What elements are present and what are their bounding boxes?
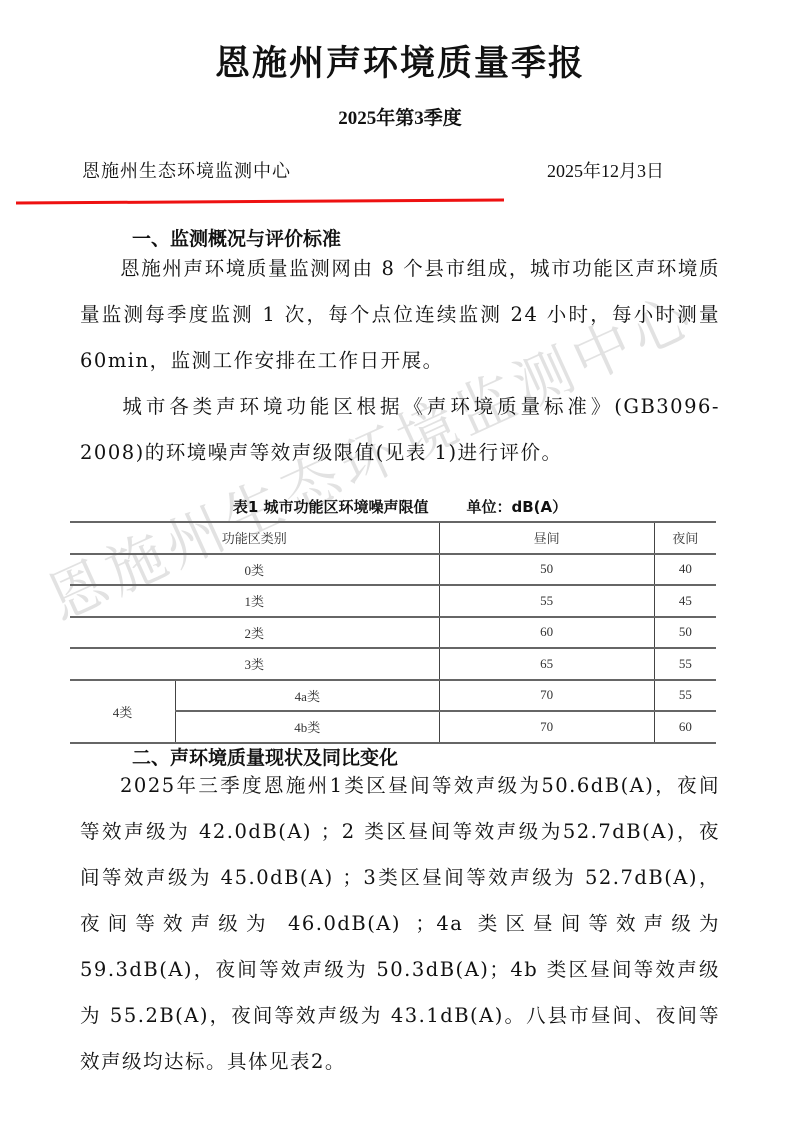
issue-date: 2025年12月3日 xyxy=(547,157,664,183)
noise-limit-table: 功能区类别 昼间 夜间 0类 50 40 1类 55 45 2类 60 50 3… xyxy=(70,521,716,744)
report-period: 2025年第3季度 xyxy=(0,103,800,130)
header-day: 昼间 xyxy=(439,522,654,554)
section-1-paragraph-1: 恩施州声环境质量监测网由 8 个县市组成，城市功能区声环境质量监测每季度监测 1… xyxy=(80,246,720,384)
table-row: 1类 55 45 xyxy=(70,585,716,617)
table-row: 3类 65 55 xyxy=(70,648,716,680)
table-header-row: 功能区类别 昼间 夜间 xyxy=(70,522,716,554)
table-1-unit: 单位：dB(A） xyxy=(467,498,568,516)
table-1-caption: 表1 城市功能区环境噪声限值单位：dB(A） xyxy=(0,496,800,517)
report-title: 恩施州声环境质量季报 xyxy=(0,36,800,86)
table-row: 2类 60 50 xyxy=(70,617,716,649)
red-header-rule xyxy=(0,190,800,210)
header-night: 夜间 xyxy=(654,522,716,554)
table-row: 4类 4a类 70 55 xyxy=(70,680,716,712)
issuing-organization: 恩施州生态环境监测中心 xyxy=(82,157,291,183)
table-row: 0类 50 40 xyxy=(70,554,716,586)
group-4-label: 4类 xyxy=(70,680,176,743)
section-2-paragraph-1: 2025年三季度恩施州1类区昼间等效声级为50.6dB(A)，夜间等效声级为 4… xyxy=(80,763,720,1085)
section-1-paragraph-2: 城市各类声环境功能区根据《声环境质量标准》(GB3096-2008)的环境噪声等… xyxy=(80,384,720,476)
header-category: 功能区类别 xyxy=(70,522,439,554)
